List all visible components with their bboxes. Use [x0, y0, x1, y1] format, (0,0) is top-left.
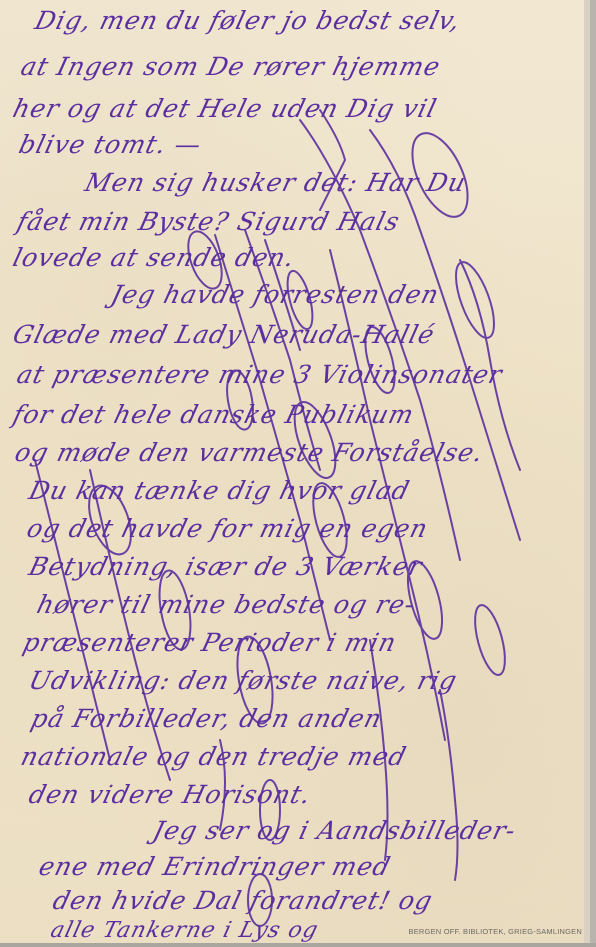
letter-line: Jeg ser og i Aandsbilleder-	[150, 816, 519, 845]
letter-line: og det havde for mig en egen	[24, 514, 431, 543]
letter-line: blive tomt. —	[16, 130, 205, 159]
letter-line: for det hele danske Publikum	[10, 400, 417, 429]
letter-page: Dig, men du føler jo bedst selv, at Inge…	[0, 0, 590, 943]
letter-line: her og at det Hele uden Dig vil	[10, 94, 440, 123]
letter-line: nationale og den tredje med	[18, 742, 410, 771]
letter-line: at præsentere mine 3 Violinsonater	[14, 360, 506, 389]
letter-line: Du kan tænke dig hvor glad	[26, 476, 413, 505]
scan-edge	[584, 0, 590, 943]
letter-line: Men sig husker det: Har Du	[82, 168, 469, 197]
letter-line: lovede at sende den.	[10, 243, 298, 272]
letter-line: fået min Byste? Sigurd Hals	[14, 207, 403, 236]
letter-line: på Forbilleder, den anden	[28, 704, 386, 733]
letter-line: Glæde med Lady Neruda-Hallé	[10, 320, 438, 349]
letter-line: den videre Horisont.	[26, 780, 314, 809]
scan-edge-bottom	[0, 943, 596, 947]
letter-line: Jeg havde forresten den	[108, 280, 442, 309]
letter-line: præsenterer Perioder i min	[20, 628, 400, 657]
letter-line: alle Tankerne i Lys og	[48, 918, 321, 943]
letter-line: den hvide Dal forandret! og	[50, 886, 436, 915]
letter-line: hører til mine bedste og re-	[34, 590, 418, 619]
letter-line: Betydning, især de 3 Værker	[26, 552, 426, 581]
letter-line: ene med Erindringer med	[36, 852, 394, 881]
letter-line: og møde den varmeste Forståelse.	[12, 438, 487, 467]
letter-line: Udvikling: den første naive, rig	[26, 666, 461, 695]
letter-line: at Ingen som De rører hjemme	[18, 52, 444, 81]
archive-watermark: BERGEN OFF. BIBLIOTEK, GRIEG-SAMLINGEN	[409, 927, 582, 936]
letter-line: Dig, men du føler jo bedst selv,	[32, 6, 464, 35]
